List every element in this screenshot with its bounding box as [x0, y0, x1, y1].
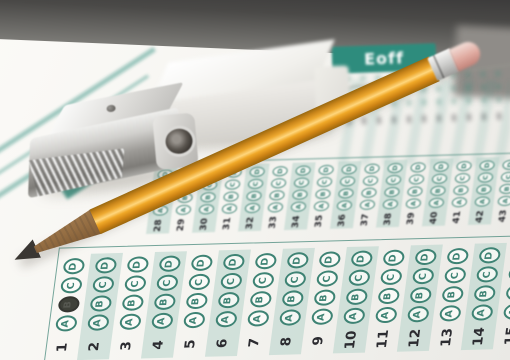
answer-bubble-D: D [158, 255, 181, 272]
answer-bubble-A: A [406, 306, 429, 323]
answer-bubble-D: D [190, 255, 213, 272]
answer-bubble-D: D [364, 163, 380, 173]
question-number: 15 [499, 322, 510, 349]
answer-bubble-D: D [286, 252, 309, 269]
answer-bubble-B: B [217, 292, 240, 309]
answer-bubble-C: C [219, 273, 242, 290]
answer-bubble-C: C [283, 271, 306, 288]
banner-text: Eoff [364, 48, 404, 68]
answer-bubble-B: B [223, 191, 239, 201]
answer-bubble-B: B [384, 187, 400, 197]
answer-bubble-A: A [405, 198, 421, 208]
answer-bubble-A: A [502, 303, 510, 320]
answer-bubble-C: C [293, 177, 309, 187]
question-number: 9 [312, 328, 325, 354]
answer-bubble-C: C [224, 179, 240, 189]
answer-bubble-B: B [338, 188, 354, 198]
answer-bubble-A: A [86, 314, 109, 331]
question-number: 37 [358, 212, 373, 228]
question-number: 7 [248, 329, 261, 355]
answer-bubble-C: C [247, 179, 263, 189]
answer-bubble-D: D [318, 165, 334, 175]
answer-bubble-B: B [313, 289, 336, 306]
question-number: 31 [220, 216, 235, 232]
answer-bubble-D: D [502, 160, 510, 170]
question-number: 12 [403, 325, 425, 352]
answer-bubble-A: A [310, 308, 333, 325]
answer-bubble-B: B [292, 189, 308, 199]
answer-bubble-B: B [407, 186, 423, 196]
answer-bubble-A: A [198, 204, 214, 214]
answer-bubble-B: B [246, 191, 262, 201]
answer-bubble-B: B [499, 184, 510, 194]
question-number: 39 [404, 210, 419, 226]
answer-bubble-A: A [267, 202, 283, 212]
question-number: 41 [450, 209, 465, 225]
answer-bubble-C: C [362, 175, 378, 185]
answer-bubble-A: A [182, 312, 205, 329]
answer-bubble-B: B [200, 192, 216, 202]
answer-bubble-B: B [430, 186, 446, 196]
question-number: 13 [435, 324, 457, 351]
answer-bubble-A: A [221, 203, 237, 213]
answer-bubble-D: D [254, 253, 277, 270]
answer-bubble-B: B [269, 190, 285, 200]
answer-bubble-C: C [155, 274, 178, 291]
question-number: 36 [335, 212, 350, 228]
question-number: 32 [243, 215, 258, 231]
answer-bubble-B: B [361, 188, 377, 198]
answer-bubble-B: B [453, 185, 469, 195]
question-number: 38 [381, 211, 396, 227]
answer-bubble-A: A [214, 311, 237, 328]
answer-bubble-A: A [438, 305, 461, 322]
answer-bubble-C: C [270, 178, 286, 188]
question-number: 10 [339, 327, 361, 354]
answer-bubble-A: A [150, 313, 173, 330]
answer-bubble-D: D [341, 164, 357, 174]
answer-bubble-A: A [428, 198, 444, 208]
answer-bubble-A: A [54, 315, 77, 332]
question-number: 4 [152, 332, 165, 358]
question-number: 33 [266, 214, 281, 230]
question-number: 30 [197, 216, 212, 232]
answer-bubble-D: D [433, 162, 449, 172]
question-number: 14 [467, 323, 489, 350]
question-number: 3 [120, 333, 133, 359]
question-number: 34 [289, 214, 304, 230]
answer-bubble-D: D [387, 163, 403, 173]
question-number: 2 [88, 333, 101, 359]
answer-bubble-C: C [431, 174, 447, 184]
answer-bubble-C: C [500, 172, 510, 182]
answer-bubble-A: A [382, 199, 398, 209]
answer-bubble-A: A [290, 202, 306, 212]
question-number: 11 [371, 326, 393, 353]
answer-bubble-B: B [441, 286, 464, 303]
answer-bubble-A: A [470, 304, 493, 321]
answer-bubble-C: C [187, 274, 210, 291]
answer-bubble-D: D [410, 162, 426, 172]
answer-bubble-A: A [374, 307, 397, 324]
answer-bubble-B: B [473, 285, 496, 302]
answer-bubble-A: A [246, 310, 269, 327]
answer-bubble-C: C [475, 266, 498, 283]
question-number: 43 [496, 208, 510, 224]
answer-bubble-D: D [62, 258, 85, 275]
answer-bubble-D: D [350, 250, 373, 267]
answer-bubble-B: B [121, 294, 144, 311]
answer-bubble-A: A [336, 200, 352, 210]
answer-bubble-A: A [118, 313, 141, 330]
answer-bubble-D: D [456, 161, 472, 171]
answer-bubble-A: A [175, 205, 191, 215]
answer-bubble-B: B [185, 293, 208, 310]
answer-bubble-D: D [414, 249, 437, 266]
answer-bubble-A: A [313, 201, 329, 211]
answer-bubble-C: C [315, 270, 338, 287]
answer-bubble-B: B [249, 291, 272, 308]
question-number: 42 [473, 208, 488, 224]
answer-bubble-B: B [315, 189, 331, 199]
answer-bubble-C: C [91, 276, 114, 293]
answer-bubble-D: D [222, 254, 245, 271]
answer-bubble-D: D [479, 160, 495, 170]
answer-bubble-B: B [153, 294, 176, 311]
answer-bubble-D: D [249, 167, 265, 177]
answer-bubble-D: D [318, 251, 341, 268]
question-number: 28 [151, 217, 166, 233]
answer-bubble-D: D [446, 248, 469, 265]
answer-bubble-C: C [443, 267, 466, 284]
question-number: 1 [56, 334, 69, 360]
answer-bubble-A: A [278, 309, 301, 326]
answer-bubble-B: B [505, 284, 510, 301]
answer-bubble-D: D [382, 250, 405, 267]
answer-bubble-A: A [497, 196, 510, 206]
answer-bubble-D: D [478, 247, 501, 264]
answer-bubble-C: C [251, 272, 274, 289]
answer-bubble-C: C [339, 176, 355, 186]
answer-bubble-C: C [347, 269, 370, 286]
question-number: 5 [184, 331, 197, 357]
answer-bubble-C: C [385, 175, 401, 185]
answer-bubble-B: B [89, 295, 112, 312]
photo-scene: Eoff DCBA28DCBA29DCBA30DCBA31DCBA32DCBA3… [0, 0, 510, 360]
bubble-grid-lower: DCBA1DCBA2DCBA3DCBA4DCBA5DCBA6DCBA7DCBA8… [44, 235, 510, 360]
question-number: 35 [312, 213, 327, 229]
answer-bubble-B: B [345, 288, 368, 305]
marked-answer-bubble: B [57, 296, 80, 313]
answer-bubble-C: C [411, 268, 434, 285]
question-number: 6 [216, 330, 229, 356]
answer-bubble-A: A [359, 200, 375, 210]
question-number: 8 [280, 328, 293, 354]
answer-bubble-B: B [281, 290, 304, 307]
answer-bubble-A: A [474, 196, 490, 206]
answer-bubble-C: C [379, 269, 402, 286]
answer-bubble-C: C [59, 277, 82, 294]
question-number: 40 [427, 210, 442, 226]
answer-bubble-D: D [272, 166, 288, 176]
answer-bubble-A: A [342, 308, 365, 325]
question-number: 29 [174, 217, 189, 233]
answer-bubble-C: C [123, 275, 146, 292]
answer-bubble-D: D [126, 256, 149, 273]
answer-bubble-C: C [454, 173, 470, 183]
answer-bubble-B: B [377, 288, 400, 305]
answer-bubble-B: B [409, 287, 432, 304]
answer-bubble-D: D [295, 165, 311, 175]
answer-bubble-C: C [316, 177, 332, 187]
answer-bubble-D: D [94, 257, 117, 274]
answer-bubble-A: A [244, 203, 260, 213]
answer-bubble-C: C [408, 174, 424, 184]
answer-bubble-C: C [477, 172, 493, 182]
answer-bubble-B: B [476, 184, 492, 194]
answer-bubble-A: A [451, 197, 467, 207]
